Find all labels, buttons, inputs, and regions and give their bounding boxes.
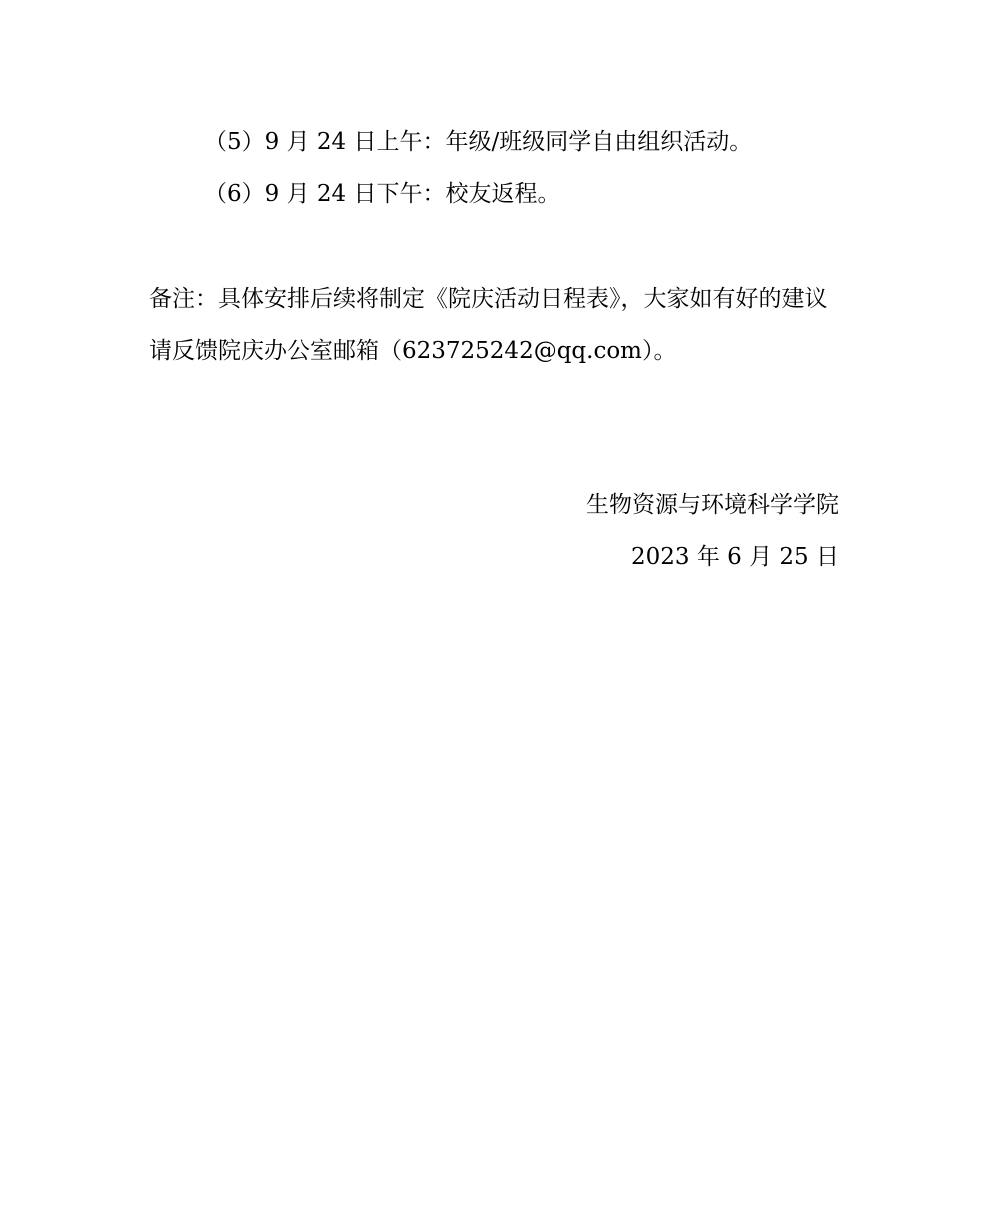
schedule-item-6: （6）9 月 24 日下午：校友返程。	[204, 179, 560, 209]
signature-date: 2023 年 6 月 25 日	[631, 542, 839, 572]
note-line-2: 请反馈院庆办公室邮箱（623725242@qq.com）。	[149, 336, 677, 366]
signature-organization: 生物资源与环境科学学院	[586, 490, 839, 520]
document-page: （5）9 月 24 日上午：年级/班级同学自由组织活动。 （6）9 月 24 日…	[0, 0, 990, 1229]
note-line-1: 备注：具体安排后续将制定《院庆活动日程表》，大家如有好的建议	[149, 284, 828, 314]
schedule-item-5: （5）9 月 24 日上午：年级/班级同学自由组织活动。	[204, 127, 752, 157]
